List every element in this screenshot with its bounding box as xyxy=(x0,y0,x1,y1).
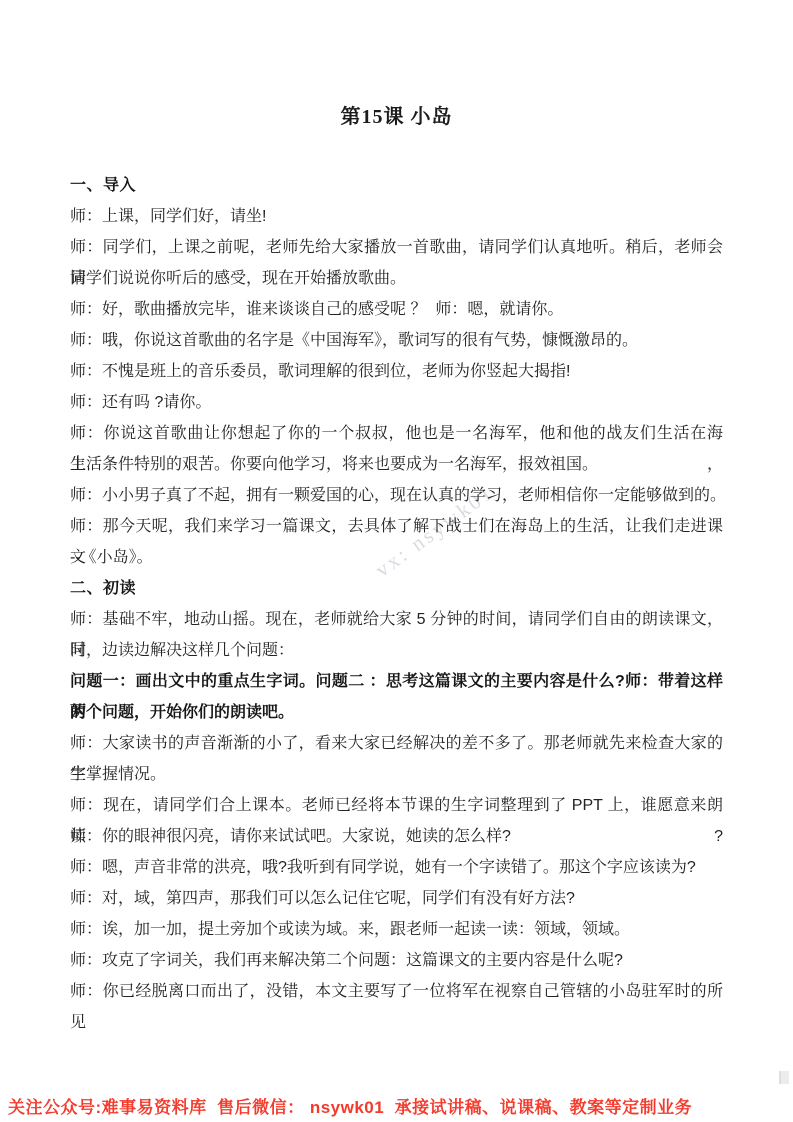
script-line: 师：还有吗 ?请你。 xyxy=(70,387,723,418)
script-line: 师：大家读书的声音渐渐的小了，看来大家已经解决的差不多了。那老师就先来检查大家的… xyxy=(70,728,723,759)
script-line: 师：同学们，上课之前呢，老师先给大家播放一首歌曲，请同学们认真地听。稍后，老师会… xyxy=(70,232,723,263)
script-line: 师：基础不牢，地动山摇。现在，老师就给大家 5 分钟的时间，请同学们自由的朗读课… xyxy=(70,604,723,635)
script-line: 师：诶，加一加，提土旁加个或读为域。来，跟老师一起读一读：领域，领域。 xyxy=(70,914,723,945)
page-title: 第15课 小岛 xyxy=(0,100,793,129)
lesson-plan-page: 第15课 小岛 vx: nsywk01 一、导入师：上课，同学们好，请坐!师：同… xyxy=(0,0,793,1122)
script-line: 师：上课，同学们好，请坐! xyxy=(70,201,723,232)
script-line: 字掌握情况。 xyxy=(70,759,723,790)
script-line: 问题一：画出文中的重点生字词。问题二 ：思考这篇课文的主要内容是什么?师：带着这… xyxy=(70,666,723,697)
script-line: 师：对，域，第四声，那我们可以怎么记住它呢，同学们有没有好方法? xyxy=(70,883,723,914)
script-line: 一、导入 xyxy=(70,170,723,201)
script-line: 师：那今天呢，我们来学习一篇课文，去具体了解下战士们在海岛上的生活，让我们走进课… xyxy=(70,511,723,542)
script-line: 二、初读 xyxy=(70,573,723,604)
script-line: 两个问题，开始你们的朗读吧。 xyxy=(70,697,723,728)
smudge-artifact xyxy=(779,1071,789,1084)
lesson-lines: 一、导入师：上课，同学们好，请坐!师：同学们，上课之前呢，老师先给大家播放一首歌… xyxy=(70,170,723,1007)
script-line: 师：嗯，声音非常的洪亮，哦?我听到有同学说，她有一个字读错了。那这个字应该读为? xyxy=(70,852,723,883)
script-line: 师：攻克了字词关，我们再来解决第二个问题：这篇课文的主要内容是什么呢? xyxy=(70,945,723,976)
script-line: 师：不愧是班上的音乐委员，歌词理解的很到位，老师为你竖起大揭指! xyxy=(70,356,723,387)
script-line: 师：好，歌曲播放完毕，谁来谈谈自己的感受呢 ？ 师：嗯，就请你。 xyxy=(70,294,723,325)
script-line: 同学们说说你听后的感受，现在开始播放歌曲。 xyxy=(70,263,723,294)
script-line: 时，边读边解决这样几个问题： xyxy=(70,635,723,666)
script-line: 师：你已经脱离口而出了，没错，本文主要写了一位将军在视察自己管辖的小岛驻军时的所… xyxy=(70,976,723,1007)
script-line: 师：现在，请同学们合上课本。老师已经将本节课的生字词整理到了 PPT 上，谁愿意… xyxy=(70,790,723,821)
script-line: 师：你说这首歌曲让你想起了你的一个叔叔，他也是一名海军，他和他的战友们生活在海上… xyxy=(70,418,723,449)
promo-footer: 关注公众号:难事易资料库 售后微信： nsywk01 承接试讲稿、说课稿、教案等… xyxy=(8,1096,789,1120)
script-line: --《小岛》。 xyxy=(70,542,723,573)
script-line: 师：小小男子真了不起，拥有一颗爱国的心，现在认真的学习，老师相信你一定能够做到的… xyxy=(70,480,723,511)
script-line: 师：哦，你说这首歌曲的名字是《中国海军》，歌词写的很有气势，慷慨激昂的。 xyxy=(70,325,723,356)
